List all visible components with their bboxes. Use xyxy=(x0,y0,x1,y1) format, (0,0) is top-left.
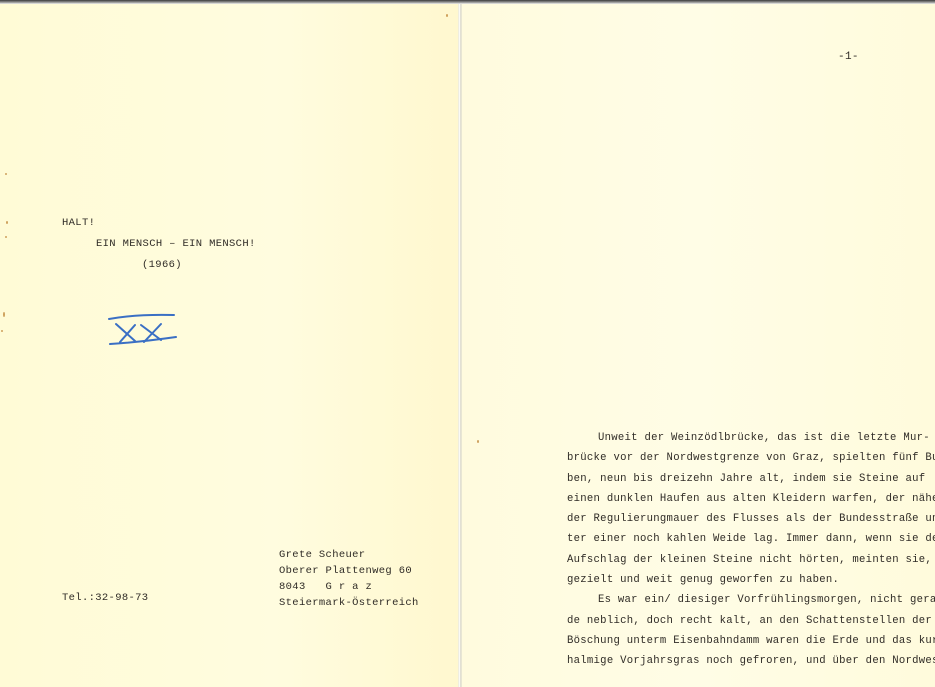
text-line: gezielt und weit genug geworfen zu haben… xyxy=(567,570,927,590)
document-subtitle: EIN MENSCH – EIN MENSCH! xyxy=(96,239,256,250)
scan-speck xyxy=(5,173,7,175)
document-title: HALT! xyxy=(62,218,95,229)
telephone-number: Tel.:32-98-73 xyxy=(62,593,148,604)
text-line: Unweit der Weinzödlbrücke, das ist die l… xyxy=(567,428,927,448)
text-line: halmige Vorjahrsgras noch gefroren, und … xyxy=(567,651,927,671)
scan-speck xyxy=(1,330,3,332)
text-line: Böschung unterm Eisenbahndamm waren die … xyxy=(567,631,927,651)
scan-speck xyxy=(446,14,448,17)
text-line: einen dunklen Haufen aus alten Kleidern … xyxy=(567,489,927,509)
handwritten-xx-mark-icon xyxy=(106,312,182,348)
text-line: Es war ein/ diesiger Vorfrühlingsmorgen,… xyxy=(567,590,927,610)
document-year: (1966) xyxy=(142,260,182,271)
author-region: Steiermark-Österreich xyxy=(279,595,419,611)
author-address: Grete Scheuer Oberer Plattenweg 60 8043 … xyxy=(279,547,419,611)
text-line: Aufschlag der kleinen Steine nicht hörte… xyxy=(567,550,927,570)
scan-speck xyxy=(477,440,479,443)
scan-speck xyxy=(3,312,5,317)
text-line: der Regulierungmauer des Flusses als der… xyxy=(567,509,927,529)
scan-speck xyxy=(5,236,7,238)
author-street: Oberer Plattenweg 60 xyxy=(279,563,419,579)
text-line: brücke vor der Nordwestgrenze von Graz, … xyxy=(567,448,927,468)
text-line: de neblich, doch recht kalt, an den Scha… xyxy=(567,611,927,631)
manuscript-body: Unweit der Weinzödlbrücke, das ist die l… xyxy=(567,428,927,672)
author-name: Grete Scheuer xyxy=(279,547,419,563)
text-line: ter einer noch kahlen Weide lag. Immer d… xyxy=(567,529,927,549)
page-number: -1- xyxy=(838,52,859,63)
author-city: 8043 G r a z xyxy=(279,579,419,595)
scan-speck xyxy=(6,221,8,224)
text-line: ben, neun bis dreizehn Jahre alt, indem … xyxy=(567,469,927,489)
